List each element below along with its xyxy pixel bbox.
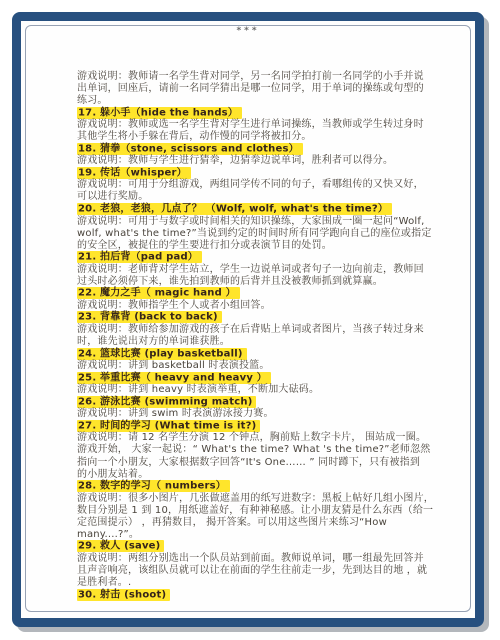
game-heading: 21. 拍后背（pad pad） [77,252,447,264]
text-line: 游戏说明：教师请一名学生背对同学，另一名同学拍打前一名同学的小手并说 [77,71,447,83]
text-line: 游戏说明：可用于与数字或时间相关的知识操练，大家围成一圈一起问“Wolf, [77,216,447,228]
game-heading: 19. 传话（whisper） [77,167,447,179]
text-line: 时，谁先说出对方的单词谁获胜。 [77,336,447,348]
game-heading: 25. 举重比赛（ heavy and heavy ） [77,372,447,384]
highlighted-heading-text: 23. 背靠背 (back to back) [77,311,222,323]
text-line: 指向一个小朋友，大家根据数字回答“It's One…… ” 同时蹲下，只有被指到 [77,457,447,469]
game-heading: 27. 时间的学习 (What time is it?) [77,420,447,432]
text-line: 游戏说明：讲到 heavy 时表演举重，不断加大砝码。 [77,384,447,396]
text-line: 定范围提示） ，再猜数目， 揭开答案。可以用这些图片来练习“How [77,517,447,529]
text-line: 数目分别是 1 到 10，用纸遮盖好，有种神秘感。让小朋友猜是什么东西（给一 [77,505,447,517]
text-line: 可以进行奖励。 [77,191,447,203]
text-line: 游戏说明：讲到 swim 时表演游泳接力赛。 [77,408,447,420]
highlighted-heading-text: 26. 游泳比赛 (swimming match) [77,396,256,408]
text-line: wolf, what's the time?”当说到约定的时间时所有同学跑向自己… [77,228,447,240]
game-heading: 28. 数字的学习（ numbers） [77,481,447,493]
highlighted-heading-text: 19. 传话（whisper） [77,167,191,179]
game-heading: 30. 射击 (shoot) [77,589,447,601]
text-line: 且声音响亮，该组队员就可以让在前面的学生往前走一步，先到达目的地 ，就 [77,565,447,577]
text-line: 练习。 [77,95,447,107]
game-heading: 24. 篮球比赛 (play basketball) [77,348,447,360]
top-marker: *** [21,26,475,36]
document-photo-frame: *** 游戏说明：教师请一名学生背对同学，另一名同学拍打前一名同学的小手并说出单… [12,12,484,627]
text-line: 游戏说明：教师或选一名学生背对学生进行单词操练，当教师或学生转过身时 [77,119,447,131]
text-line: 游戏说明：两组分别选出一个队员站到前面。教师说单词，哪一组最先回答并 [77,553,447,565]
highlighted-heading-text: 22. 魔力之手（ magic hand ） [77,287,240,299]
text-line: 出单词，回座后，请前一名同学猜出是哪一位同学，用于单词的操练或句型的 [77,83,447,95]
text-line: 游戏说明：教师与学生进行猜拳，边猜拳边说单词，胜利者可以得分。 [77,155,447,167]
text-line: 的安全区，被捉住的学生要进行扣分或表演节目的处罚。 [77,240,447,252]
text-line: 游戏说明：请 12 名学生分演 12 个钟点，胸前贴上数字卡片， 围站成一圈。 [77,432,447,444]
text-line: 是胜利者。. [77,577,447,589]
highlighted-heading-text: 27. 时间的学习 (What time is it?) [77,420,260,432]
highlighted-heading-text: 29. 救人 (save) [77,540,164,552]
text-line: 的小朋友站着。 [77,469,447,481]
game-heading: 18. 猜拳（stone, scissors and clothes） [77,143,447,155]
game-heading: 20. 老狼，老狼，几点了？ （Wolf, wolf, what's the t… [77,204,447,216]
highlighted-heading-text: 25. 举重比赛（ heavy and heavy ） [77,372,271,384]
text-line: 游戏说明：教师给参加游戏的孩子在后背贴上单词或者图片，当孩子转过身来 [77,324,447,336]
highlighted-heading-text: 21. 拍后背（pad pad） [77,251,202,263]
text-line: 游戏说明：老师背对学生站立，学生一边说单词或者句子一边向前走，教师回 [77,264,447,276]
text-line: 游戏说明：可用于分组游戏，两组同学传不同的句子，看哪组传的又快又好， [77,179,447,191]
text-line: 游戏说明：很多小图片，几张做遮盖用的纸写进数字：黑板上帖好几组小图片， [77,493,447,505]
game-heading: 17. 躲小手（hide the hands） [77,107,447,119]
highlighted-heading-text: 28. 数字的学习（ numbers） [77,480,230,492]
highlighted-heading-text: 18. 猜拳（stone, scissors and clothes） [77,143,303,155]
page-text: 游戏说明：教师请一名学生背对同学，另一名同学拍打前一名同学的小手并说出单词，回座… [77,71,447,601]
text-line: 游戏说明：讲到 basketball 时表演投篮。 [77,360,447,372]
game-heading: 26. 游泳比赛 (swimming match) [77,396,447,408]
text-line: 游戏开始， 大家一起说：“ What's the time? What 's t… [77,444,447,456]
highlighted-heading-text: 20. 老狼，老狼，几点了？ （Wolf, wolf, what's the t… [77,203,392,215]
highlighted-heading-text: 17. 躲小手（hide the hands） [77,107,242,119]
game-heading: 29. 救人 (save) [77,541,447,553]
text-line: 其他学生将小手躲在背后，动作慢的同学将被扣分。 [77,131,447,143]
game-heading: 23. 背靠背 (back to back) [77,312,447,324]
highlighted-heading-text: 30. 射击 (shoot) [77,589,170,601]
game-heading: 22. 魔力之手（ magic hand ） [77,288,447,300]
highlighted-heading-text: 24. 篮球比赛 (play basketball) [77,348,247,360]
